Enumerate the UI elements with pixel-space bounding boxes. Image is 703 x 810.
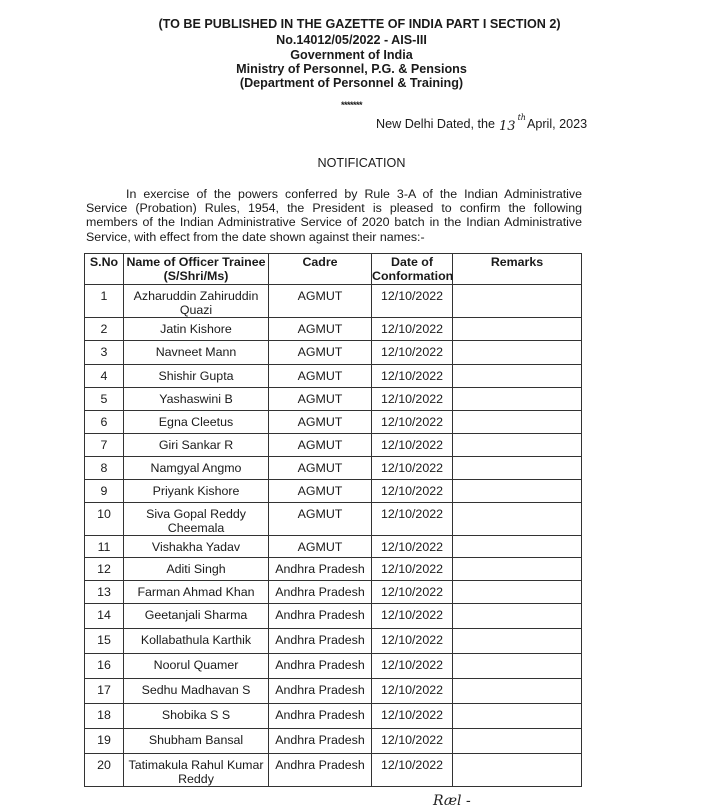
cell-remarks — [453, 318, 582, 341]
cell-date: 12/10/2022 — [372, 388, 453, 411]
table-row: 20Tatimakula Rahul Kumar ReddyAndhra Pra… — [85, 754, 582, 787]
cell-sno: 20 — [85, 754, 124, 787]
cell-date: 12/10/2022 — [372, 604, 453, 629]
notification-title: NOTIFICATION — [0, 156, 703, 170]
table-row: 1Azharuddin Zahiruddin QuaziAGMUT12/10/2… — [85, 285, 582, 318]
cell-date: 12/10/2022 — [372, 679, 453, 704]
table-row: 8Namgyal AngmoAGMUT12/10/2022 — [85, 457, 582, 480]
cell-cadre: Andhra Pradesh — [269, 729, 372, 754]
confirmation-table: S.No Name of Officer Trainee(S/Shri/Ms) … — [84, 253, 582, 787]
cell-remarks — [453, 754, 582, 787]
cell-sno: 11 — [85, 536, 124, 558]
cell-cadre: Andhra Pradesh — [269, 704, 372, 729]
cell-cadre: AGMUT — [269, 536, 372, 558]
cell-cadre: Andhra Pradesh — [269, 558, 372, 581]
cell-remarks — [453, 581, 582, 604]
cell-date: 12/10/2022 — [372, 654, 453, 679]
cell-sno: 19 — [85, 729, 124, 754]
ministry-name: Ministry of Personnel, P.G. & Pensions — [0, 62, 703, 77]
cell-name: Vishakha Yadav — [124, 536, 269, 558]
cell-sno: 13 — [85, 581, 124, 604]
cell-date: 12/10/2022 — [372, 434, 453, 457]
cell-name: Jatin Kishore — [124, 318, 269, 341]
cell-cadre: AGMUT — [269, 411, 372, 434]
cell-sno: 5 — [85, 388, 124, 411]
cell-cadre: AGMUT — [269, 318, 372, 341]
table-row: 6Egna CleetusAGMUT12/10/2022 — [85, 411, 582, 434]
cell-cadre: Andhra Pradesh — [269, 754, 372, 787]
cell-remarks — [453, 679, 582, 704]
cell-cadre: AGMUT — [269, 388, 372, 411]
cell-name: Shobika S S — [124, 704, 269, 729]
cell-name: Shishir Gupta — [124, 365, 269, 388]
cell-cadre: Andhra Pradesh — [269, 581, 372, 604]
table-row: 18Shobika S SAndhra Pradesh12/10/2022 — [85, 704, 582, 729]
cell-name: Kollabathula Karthik — [124, 629, 269, 654]
cell-date: 12/10/2022 — [372, 411, 453, 434]
cell-remarks — [453, 629, 582, 654]
cell-cadre: Andhra Pradesh — [269, 679, 372, 704]
header-name-line1: Name of Officer Trainee — [126, 255, 265, 269]
cell-date: 12/10/2022 — [372, 480, 453, 503]
cell-sno: 3 — [85, 341, 124, 365]
cell-sno: 1 — [85, 285, 124, 318]
cell-date: 12/10/2022 — [372, 629, 453, 654]
notification-body: In exercise of the powers conferred by R… — [86, 187, 582, 244]
cell-remarks — [453, 558, 582, 581]
table-row: 17Sedhu Madhavan SAndhra Pradesh12/10/20… — [85, 679, 582, 704]
cell-remarks — [453, 285, 582, 318]
table-row: 10Siva Gopal Reddy CheemalaAGMUT12/10/20… — [85, 503, 582, 536]
cell-remarks — [453, 604, 582, 629]
header-sno: S.No — [85, 254, 124, 285]
cell-date: 12/10/2022 — [372, 704, 453, 729]
cell-sno: 6 — [85, 411, 124, 434]
cell-name: Sedhu Madhavan S — [124, 679, 269, 704]
cell-name: Egna Cleetus — [124, 411, 269, 434]
cell-sno: 9 — [85, 480, 124, 503]
cell-remarks — [453, 480, 582, 503]
gazette-publication-note: (TO BE PUBLISHED IN THE GAZETTE OF INDIA… — [8, 17, 703, 32]
cell-remarks — [453, 536, 582, 558]
cell-sno: 17 — [85, 679, 124, 704]
cell-sno: 2 — [85, 318, 124, 341]
cell-remarks — [453, 365, 582, 388]
table-row: 3Navneet MannAGMUT12/10/2022 — [85, 341, 582, 365]
cell-remarks — [453, 503, 582, 536]
header-date: Date ofConformation — [372, 254, 453, 285]
header-name: Name of Officer Trainee(S/Shri/Ms) — [124, 254, 269, 285]
table-row: 9Priyank KishoreAGMUT12/10/2022 — [85, 480, 582, 503]
table-row: 19Shubham BansalAndhra Pradesh12/10/2022 — [85, 729, 582, 754]
table-row: 4Shishir GuptaAGMUT12/10/2022 — [85, 365, 582, 388]
header-name-line2: (S/Shri/Ms) — [164, 269, 229, 283]
header-date-line1: Date of — [391, 255, 433, 269]
cell-date: 12/10/2022 — [372, 365, 453, 388]
cell-cadre: AGMUT — [269, 480, 372, 503]
cell-date: 12/10/2022 — [372, 285, 453, 318]
cell-sno: 18 — [85, 704, 124, 729]
cell-cadre: AGMUT — [269, 285, 372, 318]
dateline-month-year: April, 2023 — [527, 117, 587, 131]
cell-cadre: AGMUT — [269, 341, 372, 365]
cell-name: Priyank Kishore — [124, 480, 269, 503]
cell-date: 12/10/2022 — [372, 558, 453, 581]
cell-cadre: Andhra Pradesh — [269, 629, 372, 654]
table-row: 16Noorul QuamerAndhra Pradesh12/10/2022 — [85, 654, 582, 679]
cell-sno: 10 — [85, 503, 124, 536]
cell-remarks — [453, 457, 582, 480]
table-row: 7Giri Sankar RAGMUT12/10/2022 — [85, 434, 582, 457]
table-row: 2Jatin KishoreAGMUT12/10/2022 — [85, 318, 582, 341]
cell-sno: 12 — [85, 558, 124, 581]
cell-name: Navneet Mann — [124, 341, 269, 365]
dateline: New Delhi Dated, the13thApril, 2023 — [376, 116, 587, 132]
government-name: Government of India — [0, 48, 703, 63]
cell-name: Siva Gopal Reddy Cheemala — [124, 503, 269, 536]
cell-sno: 16 — [85, 654, 124, 679]
handwritten-day: 13 — [499, 119, 516, 134]
signature: Ræl - — [433, 793, 471, 809]
header-date-line2: Conformation — [372, 269, 453, 283]
cell-sno: 7 — [85, 434, 124, 457]
cell-name: Yashaswini B — [124, 388, 269, 411]
header-cadre: Cadre — [269, 254, 372, 285]
cell-remarks — [453, 434, 582, 457]
cell-name: Farman Ahmad Khan — [124, 581, 269, 604]
cell-name: Geetanjali Sharma — [124, 604, 269, 629]
cell-name: Azharuddin Zahiruddin Quazi — [124, 285, 269, 318]
table-row: 13Farman Ahmad KhanAndhra Pradesh12/10/2… — [85, 581, 582, 604]
cell-name: Aditi Singh — [124, 558, 269, 581]
file-number: No.14012/05/2022 - AIS-III — [0, 33, 703, 48]
cell-sno: 15 — [85, 629, 124, 654]
day-suffix: th — [518, 113, 526, 122]
separator-stars: ******* — [0, 100, 703, 110]
cell-sno: 8 — [85, 457, 124, 480]
cell-cadre: AGMUT — [269, 365, 372, 388]
cell-remarks — [453, 654, 582, 679]
cell-cadre: AGMUT — [269, 457, 372, 480]
cell-date: 12/10/2022 — [372, 536, 453, 558]
cell-date: 12/10/2022 — [372, 754, 453, 787]
table-row: 14Geetanjali SharmaAndhra Pradesh12/10/2… — [85, 604, 582, 629]
cell-name: Tatimakula Rahul Kumar Reddy — [124, 754, 269, 787]
cell-name: Namgyal Angmo — [124, 457, 269, 480]
table-header-row: S.No Name of Officer Trainee(S/Shri/Ms) … — [85, 254, 582, 285]
cell-cadre: Andhra Pradesh — [269, 604, 372, 629]
cell-remarks — [453, 341, 582, 365]
table-row: 11Vishakha YadavAGMUT12/10/2022 — [85, 536, 582, 558]
cell-cadre: AGMUT — [269, 434, 372, 457]
cell-date: 12/10/2022 — [372, 318, 453, 341]
cell-cadre: Andhra Pradesh — [269, 654, 372, 679]
header-remarks: Remarks — [453, 254, 582, 285]
cell-date: 12/10/2022 — [372, 503, 453, 536]
cell-date: 12/10/2022 — [372, 729, 453, 754]
dateline-prefix: New Delhi Dated, the — [376, 117, 495, 131]
cell-name: Shubham Bansal — [124, 729, 269, 754]
cell-date: 12/10/2022 — [372, 341, 453, 365]
cell-remarks — [453, 388, 582, 411]
cell-remarks — [453, 411, 582, 434]
table-row: 5Yashaswini BAGMUT12/10/2022 — [85, 388, 582, 411]
table-row: 12Aditi SinghAndhra Pradesh12/10/2022 — [85, 558, 582, 581]
cell-remarks — [453, 729, 582, 754]
cell-sno: 14 — [85, 604, 124, 629]
cell-cadre: AGMUT — [269, 503, 372, 536]
cell-name: Giri Sankar R — [124, 434, 269, 457]
cell-remarks — [453, 704, 582, 729]
cell-sno: 4 — [85, 365, 124, 388]
cell-name: Noorul Quamer — [124, 654, 269, 679]
cell-date: 12/10/2022 — [372, 581, 453, 604]
department-name: (Department of Personnel & Training) — [0, 76, 703, 91]
cell-date: 12/10/2022 — [372, 457, 453, 480]
table-row: 15Kollabathula KarthikAndhra Pradesh12/1… — [85, 629, 582, 654]
